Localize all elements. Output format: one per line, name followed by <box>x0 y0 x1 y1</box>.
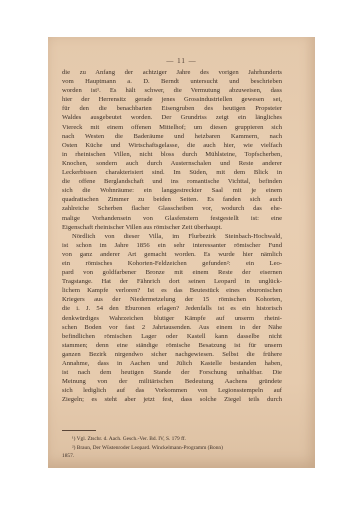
text-line: Viereck mit einem offenen Mittelhof; um … <box>62 123 282 132</box>
text-line: die zu Anfang der achtziger Jahre des vo… <box>62 68 282 77</box>
body-text: die zu Anfang der achtziger Jahre des vo… <box>62 68 282 404</box>
text-line: Leckerbissen charakterisiert sind. Im Sü… <box>62 168 282 177</box>
text-line: Knochen, sondern auch durch Austernschal… <box>62 159 282 168</box>
text-line: die offene Berglandschaft und ins romant… <box>62 177 282 186</box>
text-line: schen Boden vor fast 2 Jahrtausenden. Au… <box>62 323 282 332</box>
text-line: sich lediglich auf das Vorkommen von Leg… <box>62 386 282 395</box>
footnote-2: ²) Braun, Der Wüstenroder Leopard. Winck… <box>62 444 282 453</box>
text-line: malige Vorhandensein von Glasfenstern fe… <box>62 214 282 223</box>
text-line: zahlreiche Scherben flacher Glasscheiben… <box>62 204 282 213</box>
text-line: lichem Kampfe verloren? Ist es das Beute… <box>62 286 282 295</box>
text-line: ist nach dem heutigen Stande der Forschu… <box>62 368 282 377</box>
footnote-2-continued: 1857. <box>62 452 282 461</box>
text-line: ein römisches Kohorten-Feldzeichen gefun… <box>62 259 282 268</box>
text-line: Annahme, dass in Aachen und Jülich Kaste… <box>62 359 282 368</box>
text-line: quadratischen Zimmer zu beiden Seiten. E… <box>62 195 282 204</box>
text-line: worden ist¹. Es hält schwer, die Vermutu… <box>62 86 282 95</box>
text-line: Kriegers aus der Niedermetzelung der 15 … <box>62 295 282 304</box>
text-line: Nördlich von dieser Villa, im Flurbezirk… <box>62 232 282 241</box>
footnote-divider <box>62 430 96 431</box>
text-line: sich die Wohnräume: ein langgestreckter … <box>62 186 282 195</box>
text-line: Tragstange. Hat der Fähnrich dort seinen… <box>62 277 282 286</box>
text-line: befindlichen römischen Lager oder Kastel… <box>62 332 282 341</box>
footnote-1: ¹) Vgl. Ztschr. d. Aach. Gesch.-Ver. Bd.… <box>62 435 282 444</box>
text-line: Ziegeln; es steht aber jetzt fest, dass … <box>62 395 282 404</box>
text-line: Waldes ausgebeutet worden. Der Grundriss… <box>62 113 282 122</box>
book-page: — 11 — die zu Anfang der achtziger Jahre… <box>48 37 315 468</box>
text-line: die i. J. 54 den Eburonen erlagen? Jeden… <box>62 304 282 313</box>
text-line: ganzen Bezirk nirgendwo sicher nachgewie… <box>62 350 282 359</box>
page-number: — 11 — <box>48 57 315 65</box>
text-line: pard von goldfarbener Bronze mit einem R… <box>62 268 282 277</box>
text-line: für den die benachbarten Eisengruben des… <box>62 104 282 113</box>
footnotes: ¹) Vgl. Ztschr. d. Aach. Gesch.-Ver. Bd.… <box>62 435 282 461</box>
text-line: vom Hauptmann a. D. Berndt untersucht un… <box>62 77 282 86</box>
text-line: in rheinischen Villen, nicht bloss durch… <box>62 150 282 159</box>
text-line: stammen; denn eine ständige römische Bes… <box>62 341 282 350</box>
text-line: ist schon im Jahre 1856 ein sehr interes… <box>62 241 282 250</box>
text-line: denkwürdiges Wahrzeichen blutiger Kämpfe… <box>62 314 282 323</box>
text-line: von ganz anderer Art gemacht worden. Es … <box>62 250 282 259</box>
text-line: nach Westen die Baderäume und heizbaren … <box>62 132 282 141</box>
text-line: Meinung von der militärischen Bedeutung … <box>62 377 282 386</box>
text-line: Eigenschaft rheinischer Villen aus römis… <box>62 223 282 232</box>
text-line: hier der Herrensitz gerade jenes Grossin… <box>62 95 282 104</box>
text-line: Osten Küche und Wirtschaftsgelasse, die … <box>62 141 282 150</box>
